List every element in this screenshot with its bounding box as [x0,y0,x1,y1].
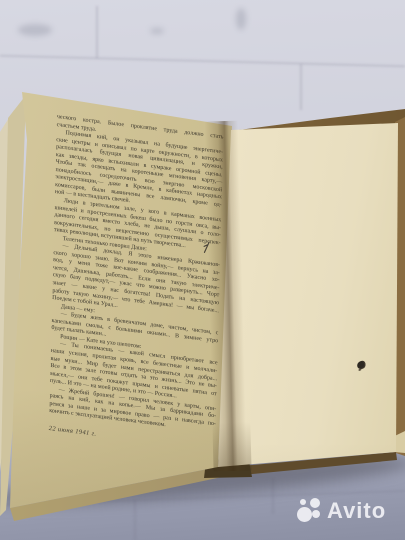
avito-wordmark: Avito [327,496,386,525]
photo-scene: ческого костра. Былое проклятие труда до… [0,0,405,540]
wall-smudge [236,8,246,30]
avito-watermark: Avito [297,496,386,525]
avito-logo-icon [297,496,324,525]
printed-text-block: ческого костра. Былое проклятие труда до… [49,114,224,453]
wall-smudge [18,24,52,36]
ink-stain [356,360,367,370]
wall-smudge [150,28,164,34]
mortar-line [96,6,98,58]
mortar-line [300,64,302,110]
mortar-line [134,500,136,540]
mortar-line [0,55,405,68]
